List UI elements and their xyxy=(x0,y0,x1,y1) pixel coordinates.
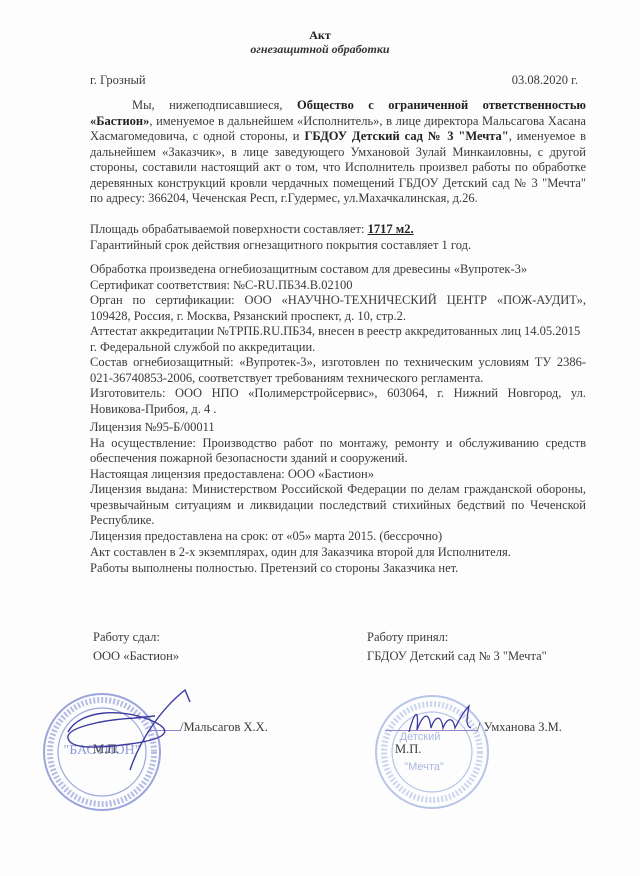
left-handwritten-signature-icon xyxy=(60,680,200,780)
closing-line-2: Работы выполнены полностью. Претензий со… xyxy=(90,561,586,577)
area-line: Площадь обрабатываемой поверхности соста… xyxy=(90,222,586,238)
license-line-2: На осуществление: Производство работ по … xyxy=(90,436,586,452)
license-line-6: чрезвычайным ситуациям и ликвидации посл… xyxy=(90,498,586,514)
treatment-paragraph: Обработка произведена огнебиозащитным со… xyxy=(90,262,586,417)
area-value: 1717 м2. xyxy=(368,222,414,236)
intro-line-1: Мы, нижеподписавшиеся, Общество с ограни… xyxy=(90,98,586,114)
area-paragraph: Площадь обрабатываемой поверхности соста… xyxy=(90,222,586,253)
right-handwritten-signature-icon xyxy=(405,700,485,740)
license-line-4: Настоящая лицензия предоставлена: ООО «Б… xyxy=(90,467,586,483)
license-line-1: Лицензия №95-Б/00011 xyxy=(90,420,586,436)
license-line-3: обеспечения пожарной безопасности зданий… xyxy=(90,451,586,467)
document-date: 03.08.2020 г. xyxy=(512,73,578,88)
license-paragraph: Лицензия №95-Б/00011 На осуществление: П… xyxy=(90,420,586,544)
treatment-line-2: Сертификат соответствия: №С-RU.ПБ34.В.02… xyxy=(90,278,586,294)
intro-paragraph: Мы, нижеподписавшиеся, Общество с ограни… xyxy=(90,98,586,207)
intro-line-7: по адресу: 366204, Чеченская Респ, г.Гуд… xyxy=(90,191,586,207)
warranty-line: Гарантийный срок действия огнезащитного … xyxy=(90,238,586,254)
license-line-8: Лицензия предоставлена на срок: от «05» … xyxy=(90,529,586,545)
right-signature-block: Работу принял: ГБДОУ Детский сад № 3 "Ме… xyxy=(367,628,547,666)
right-stamp-place: М.П. xyxy=(395,742,421,757)
treatment-line-8: 021-36740853-2006, соответствует требова… xyxy=(90,371,586,387)
license-line-7: Республике. xyxy=(90,513,586,529)
right-signature-label: Работу принял: xyxy=(367,628,547,647)
left-signature-block: Работу сдал: ООО «Бастион» xyxy=(93,628,179,666)
left-signature-org: ООО «Бастион» xyxy=(93,647,179,666)
closing-line-1: Акт составлен в 2-х экземплярах, один дл… xyxy=(90,545,586,561)
intro-line-3: Хасмагомедовича, с одной стороны, и ГБДО… xyxy=(90,129,586,145)
treatment-line-3: Орган по сертификации: ООО «НАУЧНО-ТЕХНИ… xyxy=(90,293,586,309)
treatment-line-4: 109428, Россия, г. Москва, Рязанский про… xyxy=(90,309,586,325)
treatment-line-9: Изготовитель: ООО НПО «Полимерстройсерви… xyxy=(90,386,586,402)
intro-line-6: деревянных конструкций кровли чердачных … xyxy=(90,176,586,192)
intro-line-4: дальнейшем «Заказчик», в лице заведующег… xyxy=(90,145,586,161)
svg-text:"Мечта": "Мечта" xyxy=(404,761,444,773)
intro-line-5: стороны, составили настоящий акт о том, … xyxy=(90,160,586,176)
left-signature-label: Работу сдал: xyxy=(93,628,179,647)
intro-line-2: «Бастион», именуемое в дальнейшем «Испол… xyxy=(90,114,586,130)
treatment-line-1: Обработка произведена огнебиозащитным со… xyxy=(90,262,586,278)
document-city: г. Грозный xyxy=(90,73,146,88)
treatment-line-6: г. Федеральной службой по аккредитации. xyxy=(90,340,586,356)
document-page: Акт огнезащитной обработки г. Грозный 03… xyxy=(0,0,640,876)
closing-paragraph: Акт составлен в 2-х экземплярах, один дл… xyxy=(90,545,586,576)
license-line-5: Лицензия выдана: Министерством Российско… xyxy=(90,482,586,498)
right-signature-org: ГБДОУ Детский сад № 3 "Мечта" xyxy=(367,647,547,666)
treatment-line-5: Аттестат аккредитации №ТРПБ.RU.ПБ34, вне… xyxy=(90,324,586,340)
document-subtitle: огнезащитной обработки xyxy=(0,42,640,57)
document-title: Акт xyxy=(0,28,640,43)
treatment-line-10: Новикова-Прибоя, д. 4 . xyxy=(90,402,586,418)
treatment-line-7: Состав огнебиозащитный: «Вупротек-3», из… xyxy=(90,355,586,371)
